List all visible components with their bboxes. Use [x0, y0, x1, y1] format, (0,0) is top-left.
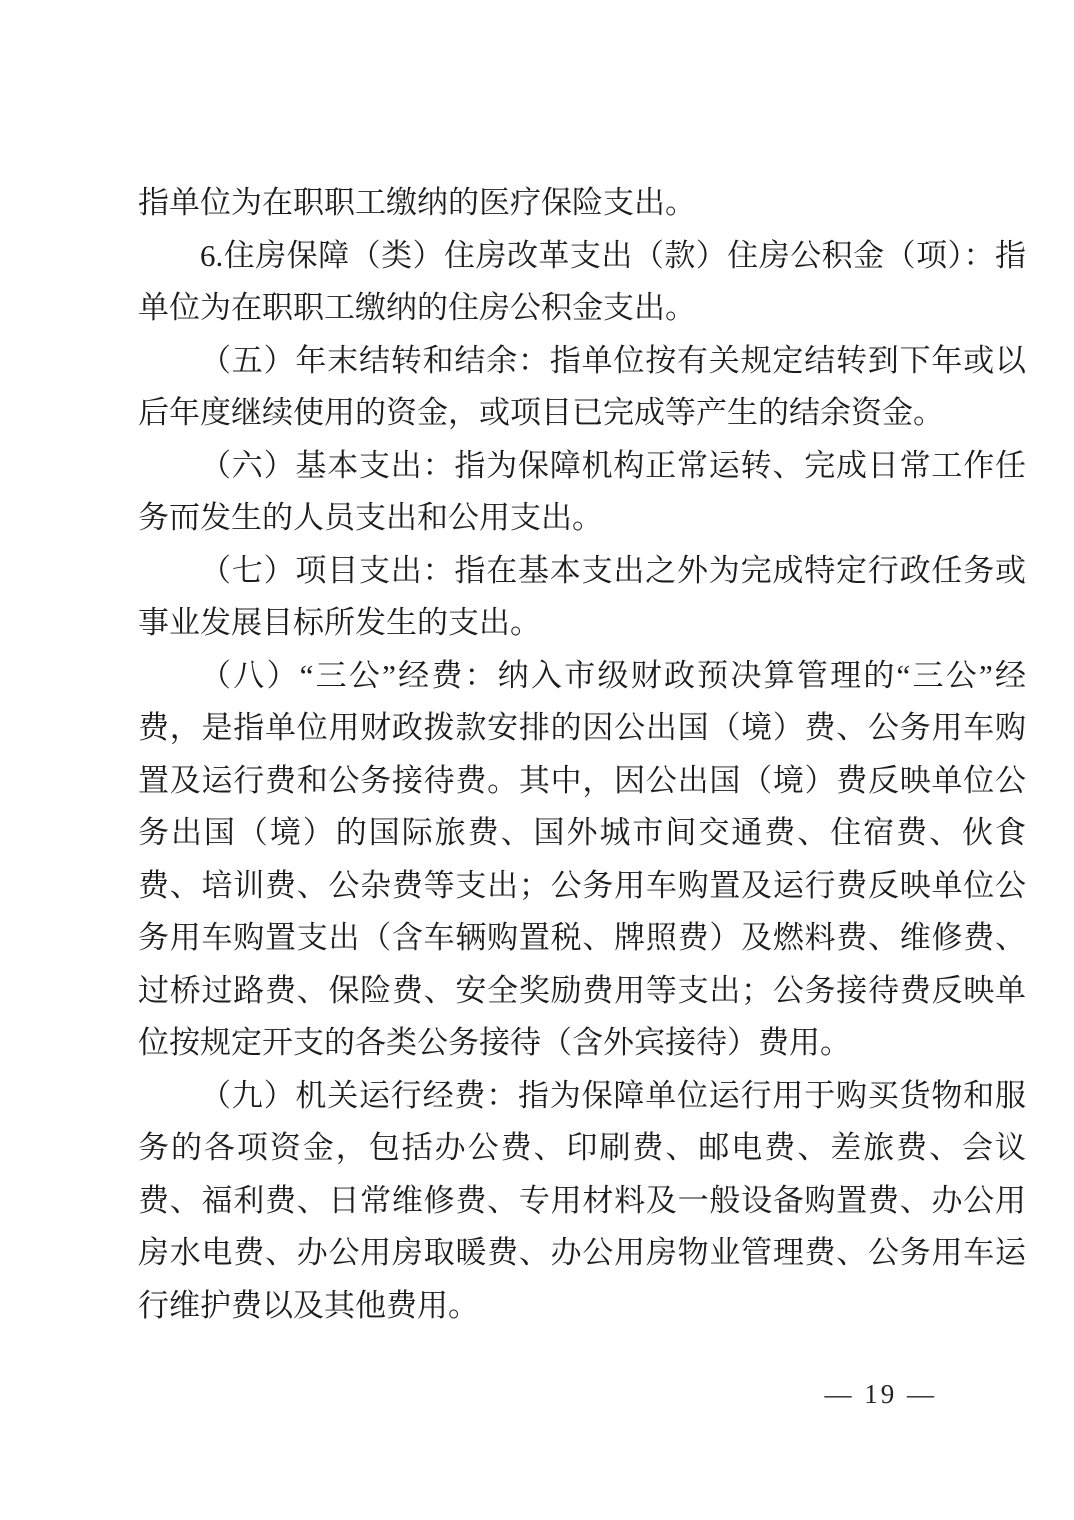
paragraph: （七）项目支出：指在基本支出之外为完成特定行政任务或事业发展目标所发生的支出。 [138, 545, 1026, 650]
paragraph: 6.住房保障（类）住房改革支出（款）住房公积金（项）：指单位为在职职工缴纳的住房… [138, 230, 1026, 335]
paragraph: （九）机关运行经费：指为保障单位运行用于购买货物和服务的各项资金，包括办公费、印… [138, 1070, 1026, 1333]
document-body: 指单位为在职职工缴纳的医疗保险支出。6.住房保障（类）住房改革支出（款）住房公积… [138, 177, 1026, 1332]
paragraph: 指单位为在职职工缴纳的医疗保险支出。 [138, 177, 1026, 230]
document-page: 指单位为在职职工缴纳的医疗保险支出。6.住房保障（类）住房改革支出（款）住房公积… [0, 0, 1074, 1520]
paragraph: （八）“三公”经费：纳入市级财政预决算管理的“三公”经费，是指单位用财政拨款安排… [138, 650, 1026, 1070]
paragraph: （五）年末结转和结余：指单位按有关规定结转到下年或以后年度继续使用的资金，或项目… [138, 335, 1026, 440]
page-number: — 19 — [825, 1378, 938, 1410]
paragraph: （六）基本支出：指为保障机构正常运转、完成日常工作任务而发生的人员支出和公用支出… [138, 440, 1026, 545]
